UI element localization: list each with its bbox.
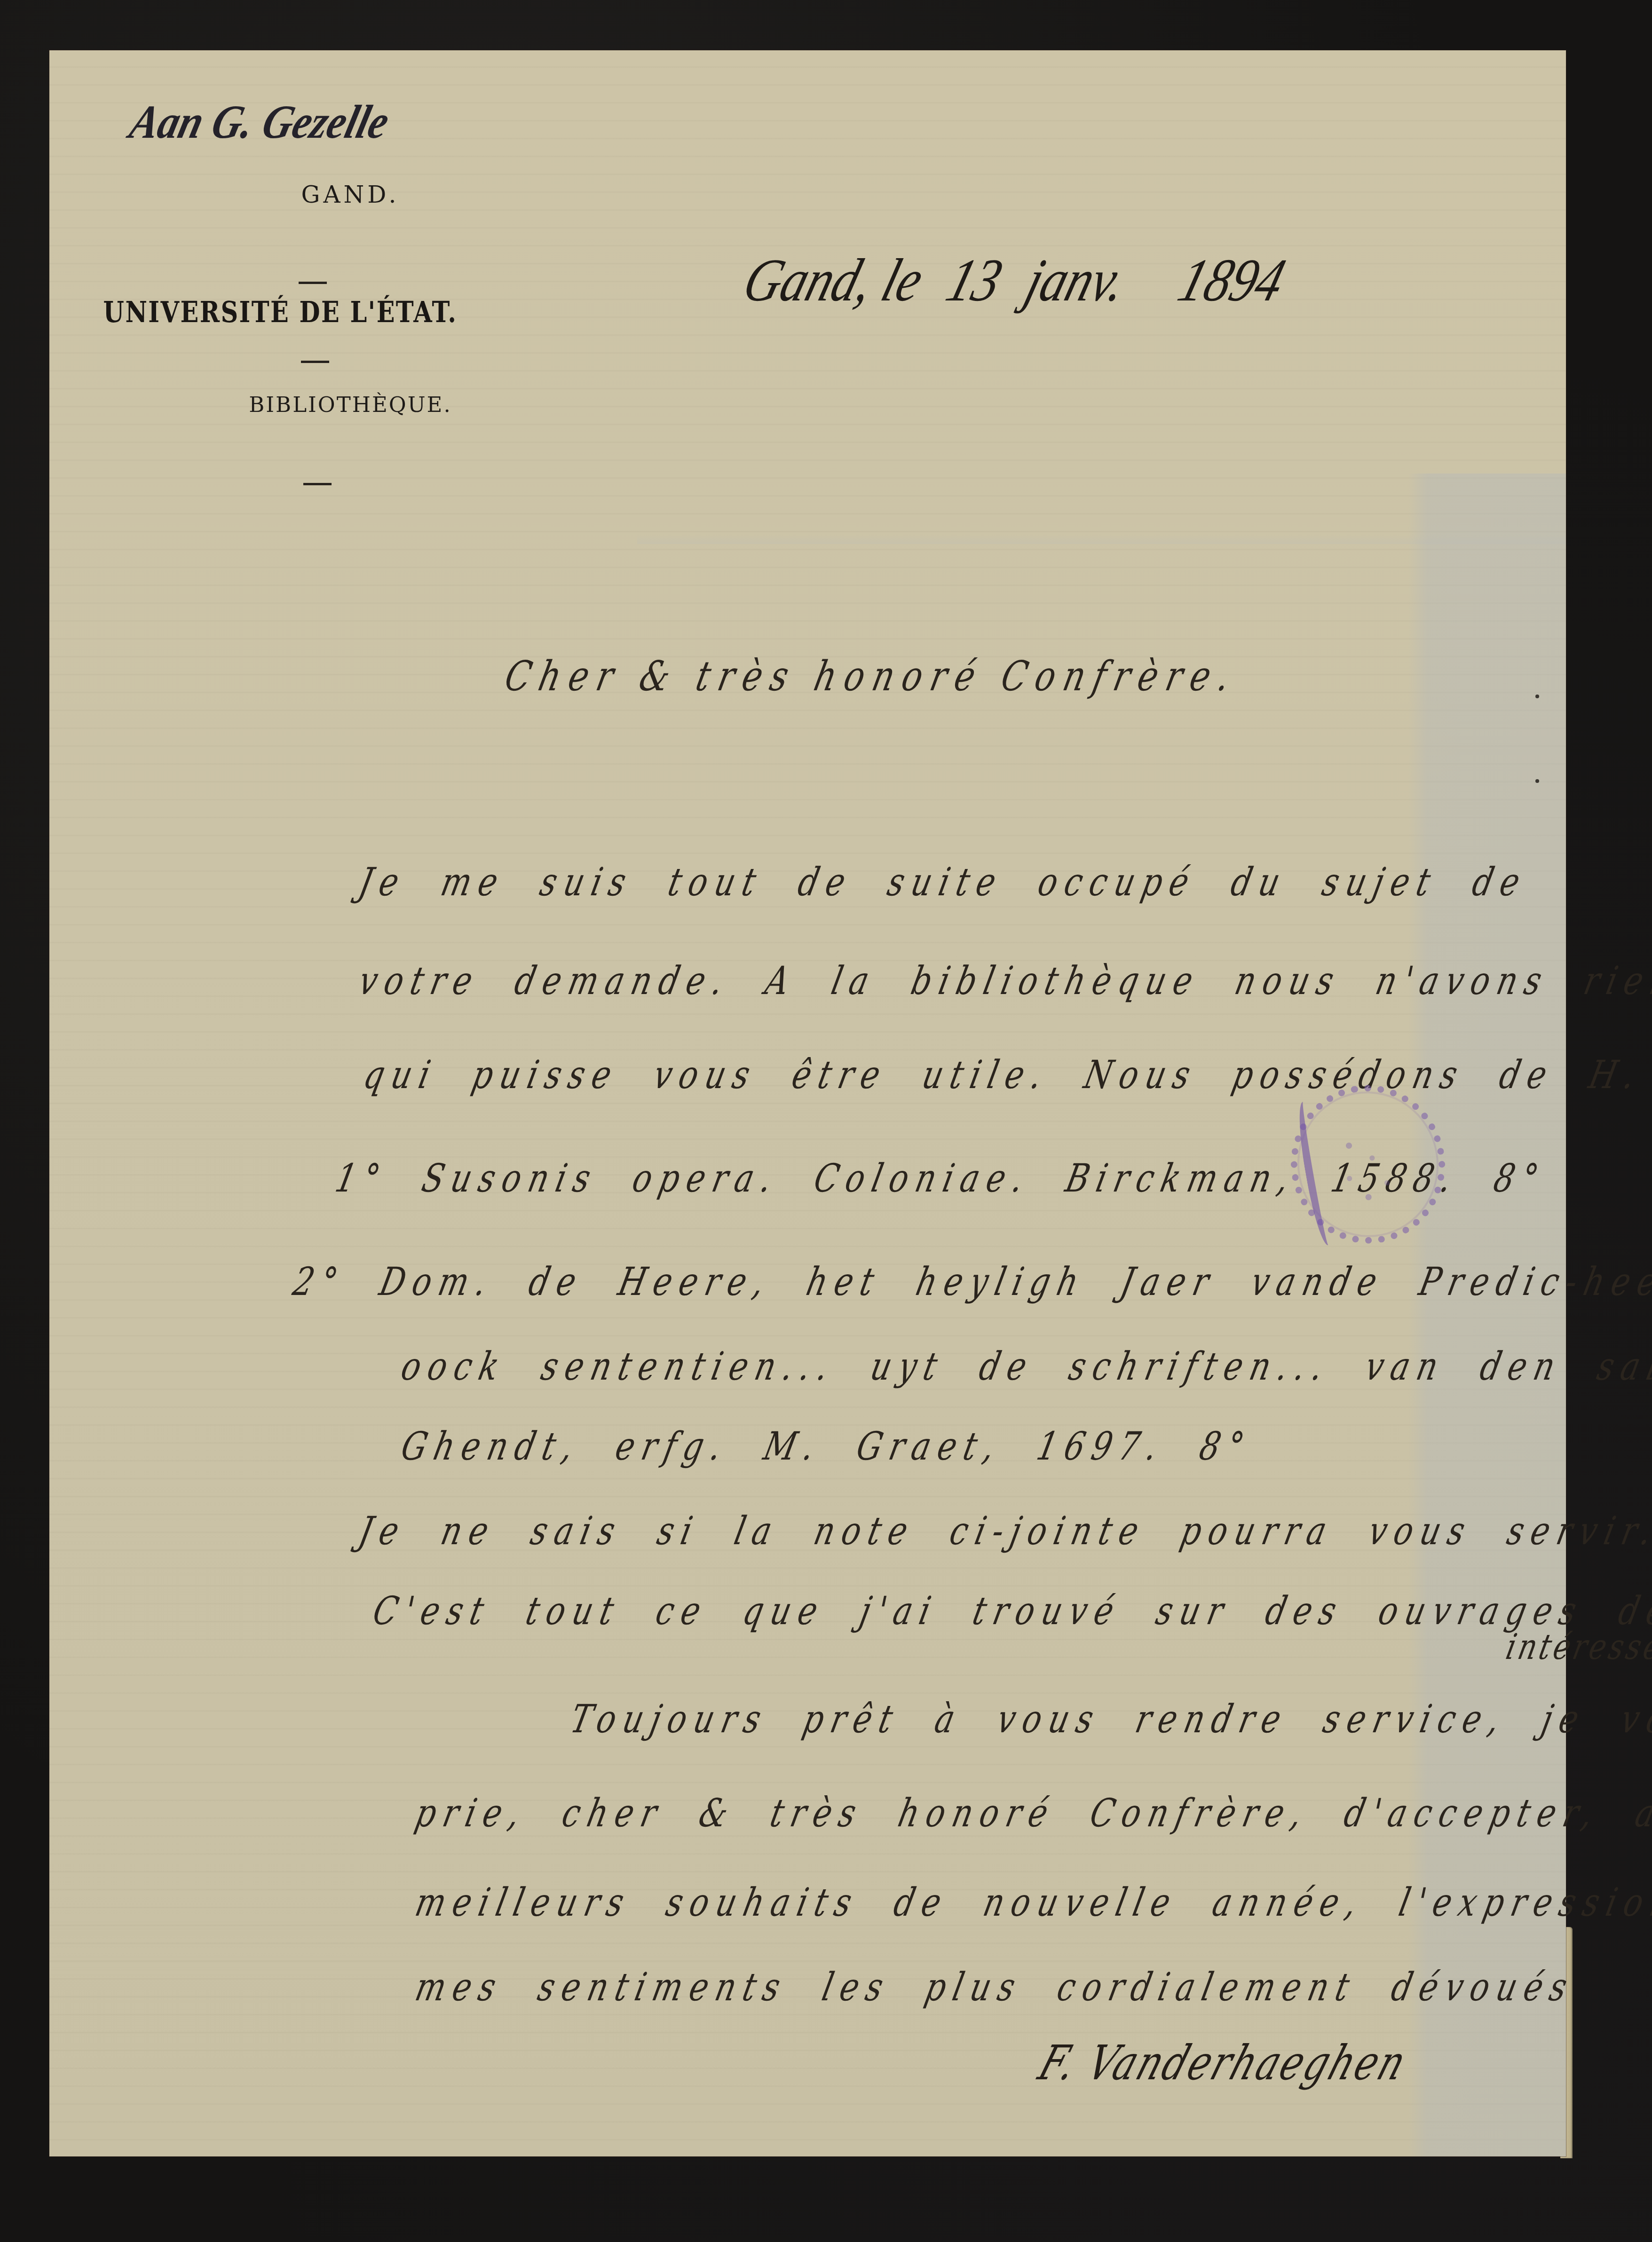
page-light-tint-edge [637,535,1566,544]
dateline-year: 1894 [1171,247,1292,314]
body-line: Toujours prêt à vous rendre service, je … [567,1697,1652,1742]
body-line: 2° Dom. de Heere, het heyligh Jaer vande… [289,1259,1652,1304]
salutation: Cher & très honoré Confrère. [501,652,1243,701]
letterhead-rule [299,282,327,284]
body-line-continuation: intéresse. [1502,1627,1652,1668]
letterhead-department: BIBLIOTHÈQUE. [172,392,529,417]
library-stamp-icon [1278,1073,1458,1256]
dateline-month: janv. [1019,247,1134,314]
paper-speck [1535,779,1539,783]
body-line: prie, cher & très honoré Confrère, d'acc… [411,1791,1652,1836]
body-line: oock sententien... uyt de schriften... v… [397,1344,1652,1389]
letter-page: Aan G. Gezelle GAND. UNIVERSITÉ DE L'ÉTA… [49,50,1566,2156]
letterhead-city: GAND. [219,181,482,208]
dateline-day: 13 [940,247,1010,314]
body-line: Ghendt, erfg. M. Graet, 1697. 8° [397,1424,1256,1469]
signature: F. Vanderhaeghen [1032,2036,1414,2091]
paper-speck [1535,695,1539,698]
dateline: Gand, le13janv.1894 [736,245,1293,316]
stamp-emblem [1308,1102,1429,1227]
body-line: Je me suis tout de suite occupé du sujet… [355,860,1531,905]
body-line: votre demande. A la bibliothèque nous n'… [355,958,1652,1003]
dateline-place: Gand, le [736,247,931,314]
letterhead-institution: UNIVERSITÉ DE L'ÉTAT. [68,295,492,329]
letterhead-rule [303,483,332,485]
body-line: meilleurs souhaits de nouvelle année, l'… [411,1880,1652,1925]
addressee-annotation: Aan G. Gezelle [125,95,395,150]
body-line: C'est tout ce que j'ai trouvé sur des ou… [369,1588,1652,1634]
body-line: qui puisse vous être utile. Nous possédo… [360,1052,1652,1097]
body-line: mes sentiments les plus cordialement dév… [411,1965,1579,2010]
body-line: Je ne sais si la note ci-jointe pourra v… [355,1508,1652,1554]
letterhead-rule [301,361,329,363]
